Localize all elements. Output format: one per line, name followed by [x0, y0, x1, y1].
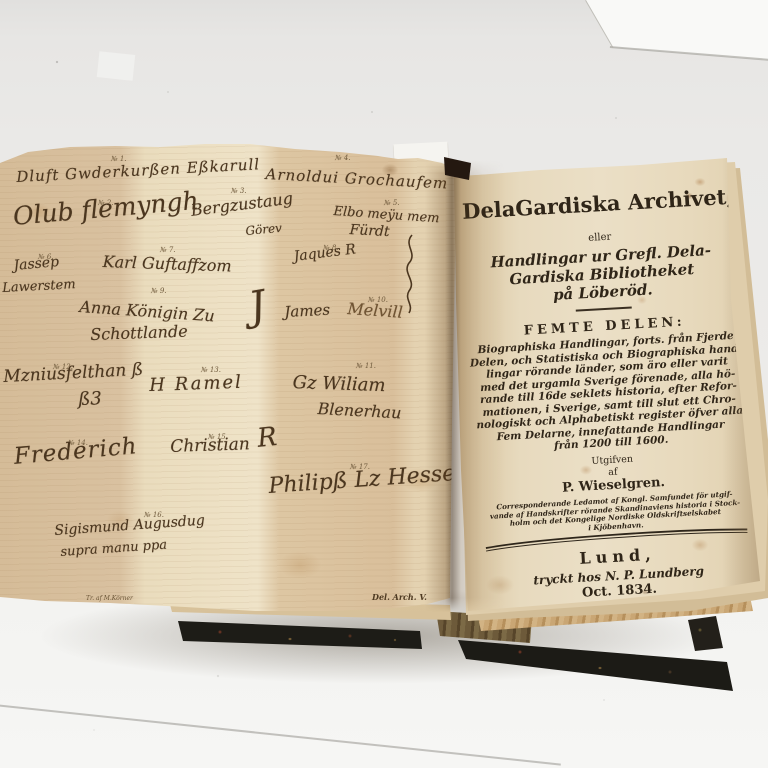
signature: Görev — [245, 222, 282, 237]
signature: Fürdt — [349, 223, 390, 239]
photo-of-open-antique-book: { "colors": { "backdrop": "#eceae8", "pl… — [0, 0, 768, 768]
signature-number: № 9. — [151, 288, 167, 295]
backdrop-seam-line — [0, 704, 561, 765]
signature: Jassep — [13, 255, 60, 273]
signature-number: № 5. — [384, 200, 400, 207]
signature: R — [256, 424, 278, 452]
signature-number: № 7. — [160, 247, 176, 254]
signature-number: № 11. — [356, 363, 376, 370]
title-rule — [576, 307, 632, 312]
signature-flourish — [400, 233, 422, 315]
signature: Olub flemyngh — [12, 188, 200, 229]
signature: Lawerstem — [2, 278, 76, 295]
signature: Sigismund Augusdug — [54, 513, 205, 537]
signature: Melvill — [347, 301, 403, 321]
signature: Bergzustaug — [190, 190, 294, 218]
signature: Schottlande — [90, 324, 188, 343]
signature-number: № 4. — [335, 155, 351, 162]
plate-engraver-caption: Tr. af M.Körner — [86, 596, 133, 602]
signature: supra manu ppa — [60, 539, 167, 559]
signature: Arnoldui Grochaufem — [265, 167, 448, 192]
signature: Karl Guftaffzom — [102, 254, 231, 274]
gutter-shadow — [425, 160, 505, 612]
backdrop-faint-slip — [97, 51, 136, 81]
signature: Gz Wiliam — [292, 374, 385, 395]
signature: Dluft Gwderkurßen Eßkarull — [16, 157, 260, 185]
plate-caption: Del. Arch. V. — [372, 593, 427, 601]
signature: Anna Königin Zu — [79, 299, 215, 324]
signature: Mzniusfelthan ß — [3, 362, 144, 386]
signature: J — [246, 285, 269, 327]
signature: Frederich — [13, 435, 138, 469]
signature: James — [284, 303, 330, 320]
signature: Blenerhau — [317, 401, 402, 421]
signature: Jaques R — [293, 242, 357, 264]
signature: H Ramel — [149, 374, 243, 395]
signature: Christian — [170, 436, 250, 456]
signature: ß3 — [78, 390, 102, 409]
